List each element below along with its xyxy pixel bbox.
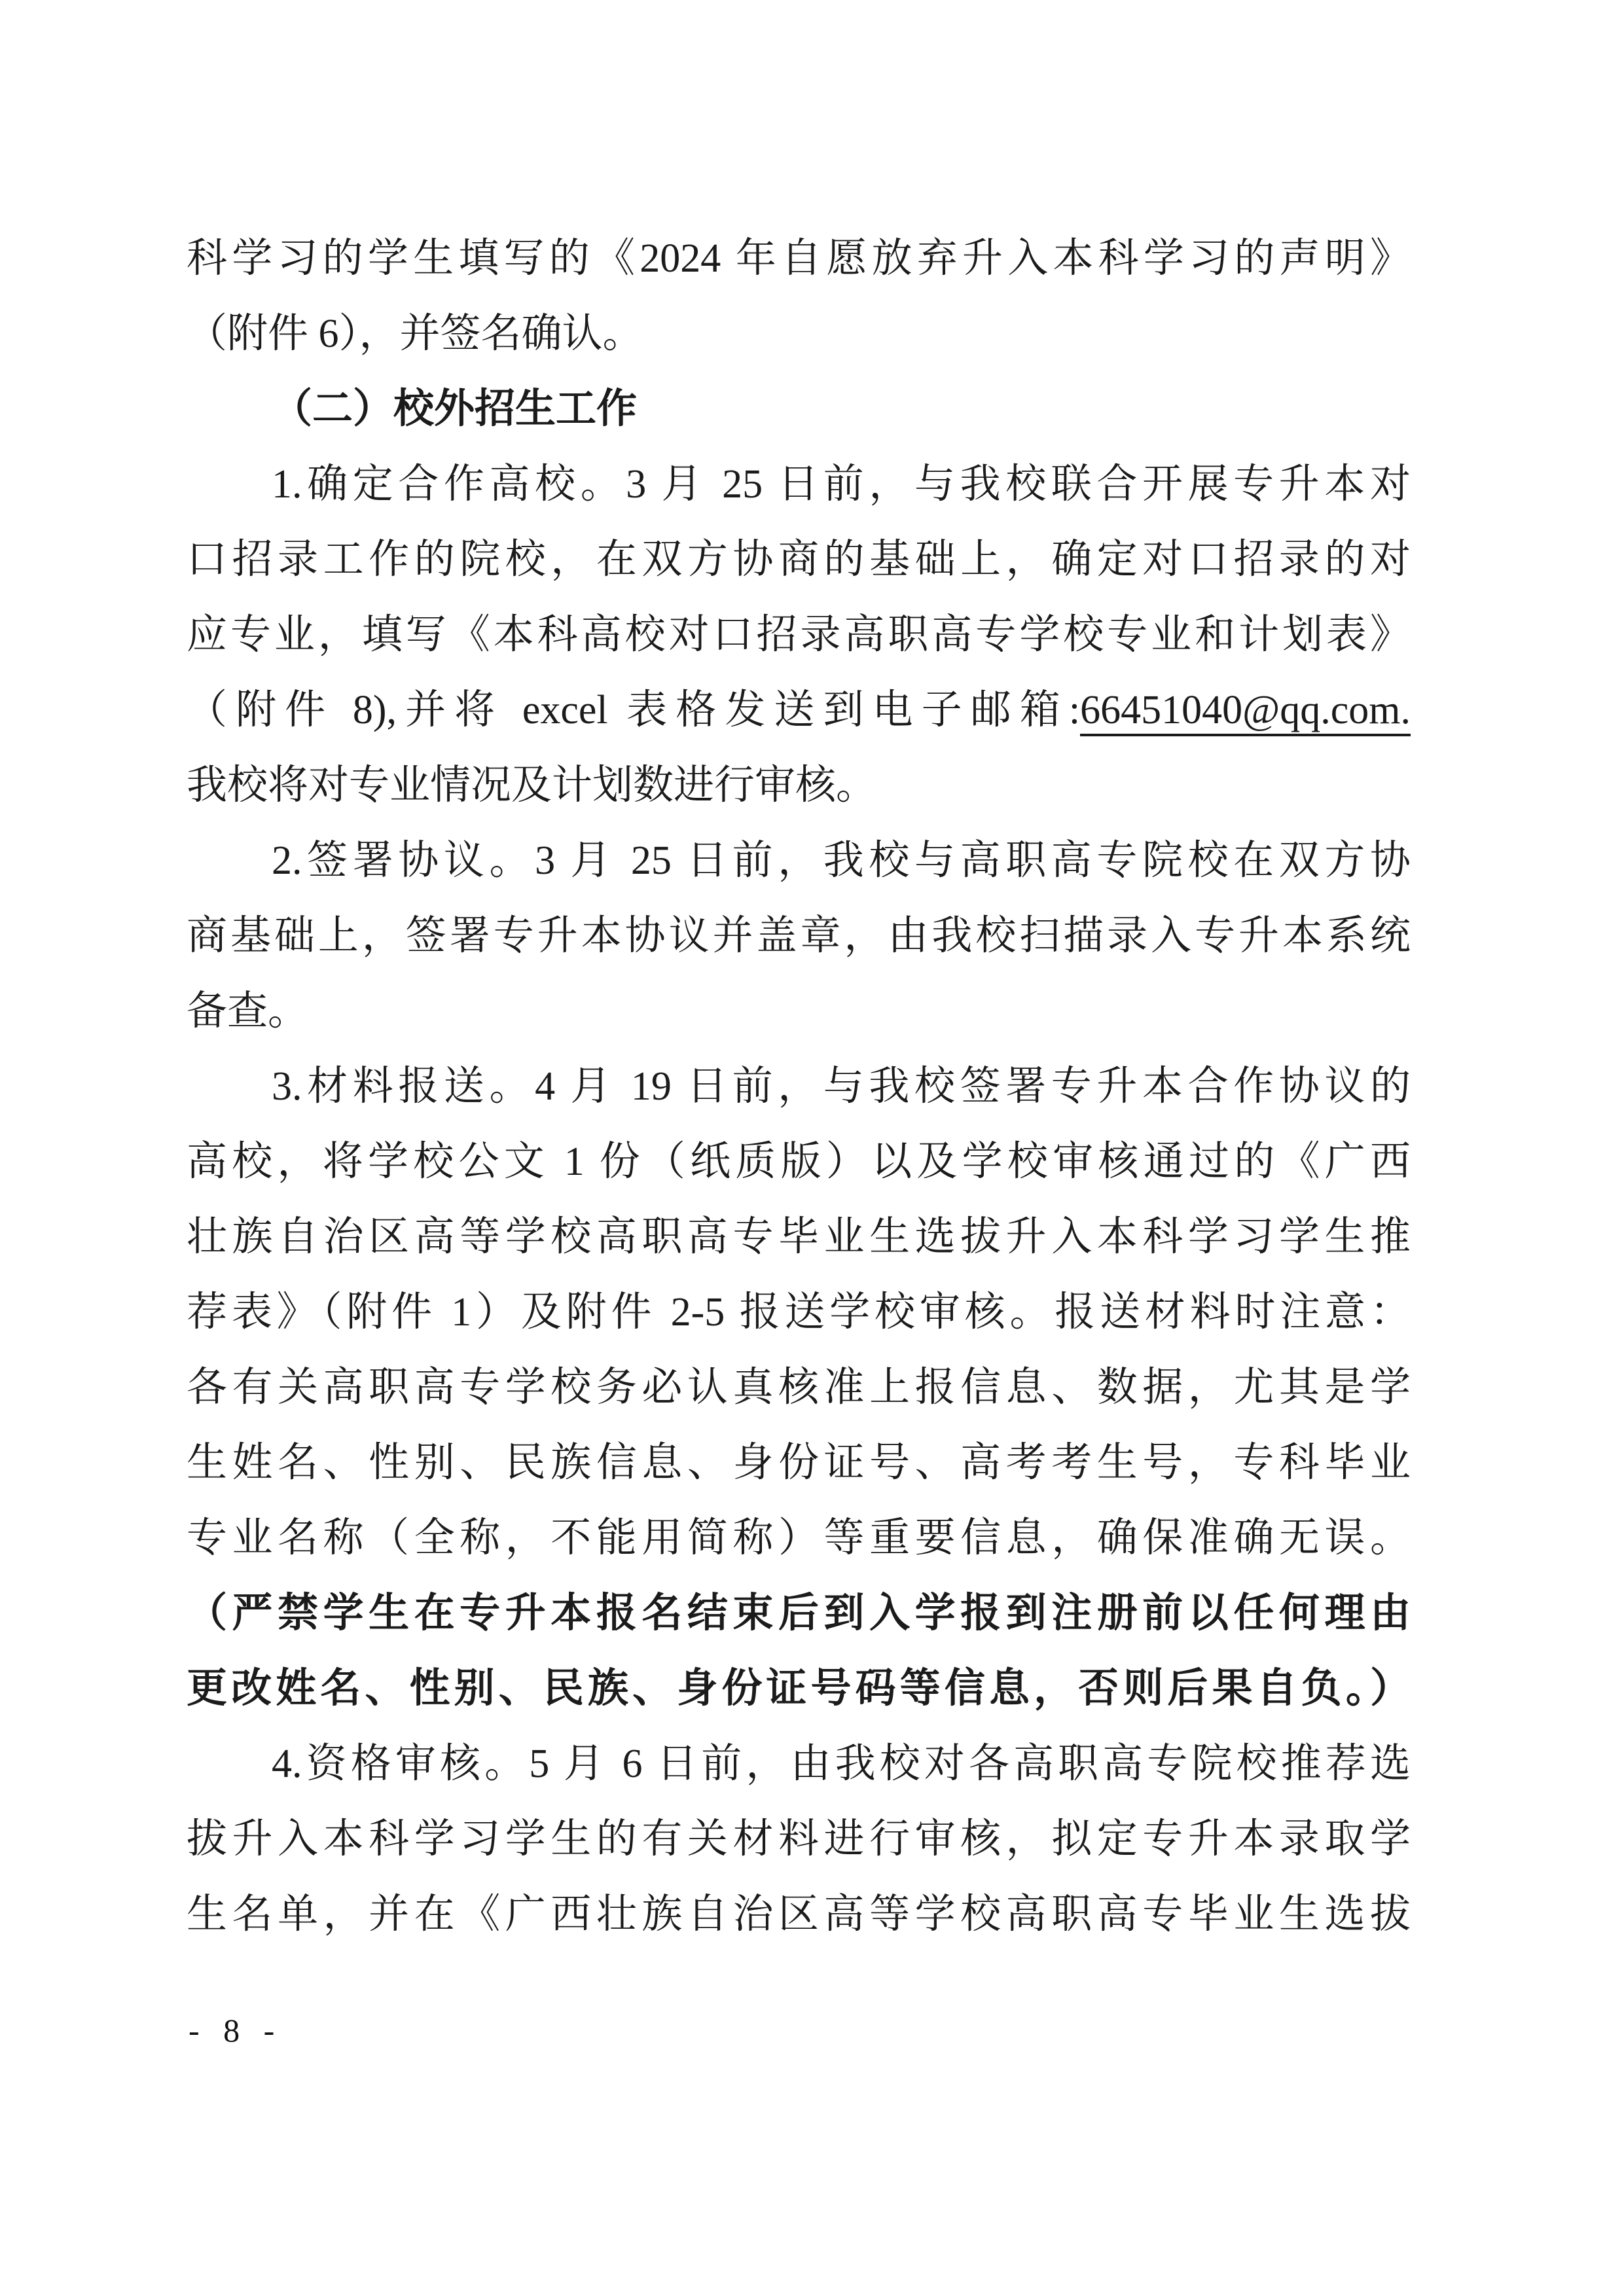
text-segment: 荐表》（附件 1）及附件 2-5 报送学校审核。报送材料时注意： (187, 1290, 1411, 1335)
text-segment: 科学习的学生填写的《2024 年自愿放弃升入本科学习的声明》 (187, 236, 1411, 281)
text-line: 科学习的学生填写的《2024 年自愿放弃升入本科学习的声明》 (187, 221, 1411, 296)
text-line: 应专业，填写《本科高校对口招录高职高专学校专业和计划表》 (187, 598, 1411, 673)
text-segment: 口招录工作的院校，在双方协商的基础上，确定对口招录的对 (187, 537, 1411, 582)
text-segment: 壮族自治区高等学校高职高专毕业生选拔升入本科学习学生推 (187, 1215, 1411, 1259)
text-line: 1.确定合作高校。3 月 25 日前，与我校联合开展专升本对 (187, 447, 1411, 522)
text-line: 口招录工作的院校，在双方协商的基础上，确定对口招录的对 (187, 522, 1411, 598)
text-line: 生姓名、性别、民族信息、身份证号、高考考生号，专科毕业 (187, 1426, 1411, 1501)
text-line: 我校将对专业情况及计划数进行审核。 (187, 748, 1411, 823)
text-segment: 生名单，并在《广西壮族自治区高等学校高职高专毕业生选拔 (187, 1892, 1411, 1937)
text-segment: 拔升入本科学习学生的有关材料进行审核，拟定专升本录取学 (187, 1817, 1411, 1861)
text-line: 专业名称（全称，不能用简称）等重要信息，确保准确无误。 (187, 1501, 1411, 1576)
text-segment: 专业名称（全称，不能用简称）等重要信息，确保准确无误。 (187, 1516, 1411, 1560)
document-page: 科学习的学生填写的《2024 年自愿放弃升入本科学习的声明》（附件 6），并签名… (0, 0, 1624, 2296)
text-segment: 高校，将学校公文 1 份（纸质版）以及学校审核通过的《广西 (187, 1139, 1411, 1184)
text-line: 3.材料报送。4 月 19 日前，与我校签署专升本合作协议的 (187, 1049, 1411, 1124)
text-line: 4.资格审核。5 月 6 日前，由我校对各高职高专院校推荐选 (187, 1727, 1411, 1802)
text-line: 更改姓名、性别、民族、身份证号码等信息，否则后果自负。） (187, 1651, 1411, 1727)
text-line: （严禁学生在专升本报名结束后到入学报到注册前以任何理由 (187, 1576, 1411, 1651)
text-line: 拔升入本科学习学生的有关材料进行审核，拟定专升本录取学 (187, 1802, 1411, 1877)
text-line: 2.签署协议。3 月 25 日前，我校与高职高专院校在双方协 (187, 823, 1411, 899)
text-line: 商基础上，签署专升本协议并盖章，由我校扫描录入专升本系统 (187, 899, 1411, 974)
text-segment: 2.签署协议。3 月 25 日前，我校与高职高专院校在双方协 (272, 838, 1411, 883)
text-line: 各有关高职高专学校务必认真核准上报信息、数据，尤其是学 (187, 1350, 1411, 1426)
text-segment: （附件 6），并签名确认。 (187, 312, 643, 356)
text-segment: （二）校外招生工作 (272, 387, 637, 431)
text-line: 荐表》（附件 1）及附件 2-5 报送学校审核。报送材料时注意： (187, 1275, 1411, 1350)
text-segment: 备查。 (187, 989, 308, 1033)
text-segment: 各有关高职高专学校务必认真核准上报信息、数据，尤其是学 (187, 1365, 1411, 1410)
text-segment: 应专业，填写《本科高校对口招录高职高专学校专业和计划表》 (187, 613, 1411, 657)
text-segment: 商基础上，签署专升本协议并盖章，由我校扫描录入专升本系统 (187, 914, 1411, 958)
text-segment: （严禁学生在专升本报名结束后到入学报到注册前以任何理由 (187, 1591, 1411, 1636)
text-line: 备查。 (187, 974, 1411, 1049)
text-line: （二）校外招生工作 (187, 372, 1411, 447)
text-line: （附件 8),并将 excel 表格发送到电子邮箱:66451040@qq.co… (187, 673, 1411, 748)
text-line: （附件 6），并签名确认。 (187, 296, 1411, 372)
text-segment: （附件 8),并将 excel 表格发送到电子邮箱: (187, 688, 1080, 732)
page-number: - 8 - (189, 2011, 282, 2050)
text-segment: 更改姓名、性别、民族、身份证号码等信息，否则后果自负。） (187, 1666, 1411, 1711)
document-body: 科学习的学生填写的《2024 年自愿放弃升入本科学习的声明》（附件 6），并签名… (187, 221, 1411, 1952)
text-segment: 1.确定合作高校。3 月 25 日前，与我校联合开展专升本对 (272, 462, 1411, 507)
text-line: 生名单，并在《广西壮族自治区高等学校高职高专毕业生选拔 (187, 1877, 1411, 1952)
text-segment: 我校将对专业情况及计划数进行审核。 (187, 763, 876, 808)
text-line: 壮族自治区高等学校高职高专毕业生选拔升入本科学习学生推 (187, 1200, 1411, 1275)
text-segment: 3.材料报送。4 月 19 日前，与我校签署专升本合作协议的 (272, 1064, 1411, 1109)
text-segment: 4.资格审核。5 月 6 日前，由我校对各高职高专院校推荐选 (272, 1742, 1411, 1786)
text-line: 高校，将学校公文 1 份（纸质版）以及学校审核通过的《广西 (187, 1124, 1411, 1200)
text-segment: 生姓名、性别、民族信息、身份证号、高考考生号，专科毕业 (187, 1441, 1411, 1485)
email-address: 66451040@qq.com. (1080, 688, 1411, 736)
